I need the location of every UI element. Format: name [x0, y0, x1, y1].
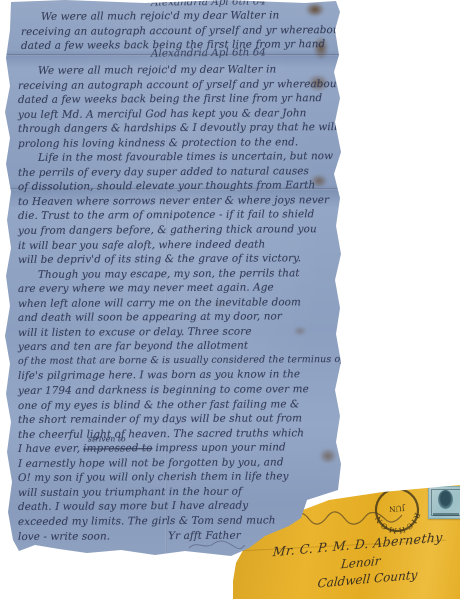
- letter-line: We were all much rejoic'd my dear Walter…: [21, 8, 341, 25]
- letter-sheet: Alexandria Apl 6th 64 We were all much r…: [5, 0, 345, 566]
- letter-line: We were all much rejoic'd my dear Walter…: [18, 62, 342, 79]
- letter-dateline: Alexandria Apl 6th 64: [151, 46, 266, 59]
- letter-line: dated a few weeks back being the first l…: [18, 91, 342, 108]
- letter-line: are every where we may never meet again.…: [18, 280, 342, 297]
- amend-post: impress upon your mind: [155, 442, 285, 455]
- stamp-portrait: [438, 490, 453, 509]
- envelope-address: Mr. C. P. M. D. Abernethy Lenoir Caldwel…: [269, 529, 443, 594]
- letter-line: will be depriv'd of its sting & the grav…: [18, 251, 342, 268]
- letter-fragment: We were all much rejoic'd my dear Walter…: [21, 9, 341, 53]
- letter-line: the short remainder of my days will be s…: [18, 411, 342, 428]
- inserted-words: striven to: [88, 436, 126, 444]
- amend-pre: I have ever,: [18, 443, 80, 455]
- address-line-county: Caldwell County: [317, 566, 440, 591]
- letter-line: year 1794 and darkness is beginning to c…: [18, 382, 342, 399]
- postage-stamp: [428, 486, 460, 519]
- stamp-denomination-bar: [433, 513, 459, 516]
- closing-left: love - write soon.: [18, 530, 110, 543]
- letter-body: We were all much rejoic'd my dear Walter…: [18, 63, 342, 543]
- pen-flourish: [289, 507, 404, 527]
- signature-flourish: [187, 538, 247, 552]
- letter-photo-scene: RICHMOND JUN Mr. C. P. M. D. Abernethy L…: [0, 0, 460, 599]
- letter-line-amended: I have ever,impressed toimpress upon you…: [18, 440, 342, 457]
- letter-dateline-fragment: Alexandria Apl 6th 64: [151, 0, 266, 9]
- struck-words: impressed to: [83, 442, 152, 454]
- letter-line: through dangers & hardships & I devoutly…: [18, 120, 342, 137]
- letter-line: you from dangers before, & gathering thi…: [18, 222, 342, 239]
